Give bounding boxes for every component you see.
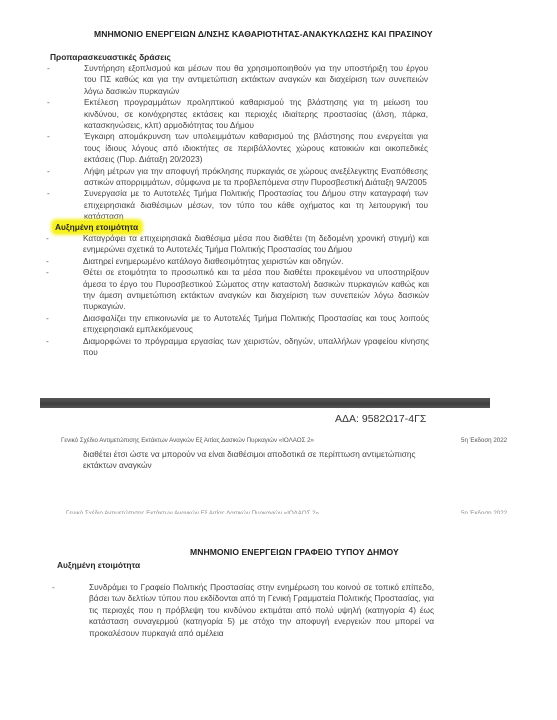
list-item-text: Συνεργασία με το Αυτοτελές Τμήμα Πολιτικ…	[84, 188, 428, 221]
section-heading-increased-readiness: Αυξημένη ετοιμότητα	[53, 222, 141, 232]
dash-bullet-icon: -	[47, 188, 50, 199]
dash-bullet-icon: -	[47, 131, 50, 142]
page-separator-bar	[40, 398, 490, 408]
dash-bullet-icon: -	[47, 166, 50, 177]
list-item-text: Λήψη μέτρων για την αποφυγή πρόκλησης πυ…	[84, 166, 428, 187]
edition-label: 5η Έκδοση 2022	[461, 437, 507, 444]
list-item: - Συνεργασία με το Αυτοτελές Τμήμα Πολιτ…	[84, 188, 428, 222]
continuation-text: διαθέτει έτσι ώστε να μπορούν να είναι δ…	[83, 449, 429, 472]
dash-bullet-icon: -	[46, 336, 49, 347]
dash-bullet-icon: -	[46, 313, 49, 324]
ada-code: ΑΔΑ: 9582Ω17-4ΓΣ	[335, 413, 426, 425]
list-item: -Καταγράφει τα επιχειρησιακά διαθέσιμα μ…	[83, 233, 429, 256]
document-header-line: Γενικό Σχέδιο Αντιμετώπισης Εκτάκτων Ανα…	[61, 437, 521, 444]
plan-title: Γενικό Σχέδιο Αντιμετώπισης Εκτάκτων Ανα…	[61, 437, 314, 444]
dash-bullet-icon: -	[46, 233, 49, 244]
document-footer-line: Γενικό Σχέδιο Αντιμετώπισης Εκτάκτων Ανα…	[66, 510, 526, 517]
page1-title: ΜΝΗΜΟΝΙΟ ΕΝΕΡΓΕΙΩΝ Δ/ΝΣΗΣ ΚΑΘΑΡΙΟΤΗΤΑΣ-Α…	[94, 29, 433, 39]
list-item: - Συνδράμει το Γραφείο Πολιτικής Προστασ…	[89, 582, 434, 639]
list-item-text: Διασφαλίζει την επικοινωνία με το Αυτοτε…	[83, 313, 429, 334]
list-item-text: Διαμορφώνει το πρόγραμμα εργασίας των χε…	[83, 336, 429, 357]
list-item: - Συντήρηση εξοπλισμού και μέσων που θα …	[84, 63, 428, 97]
list-item-text: Διατηρεί ενημερωμένο κατάλογο διαθεσιμότ…	[83, 256, 343, 266]
highlighted-heading: Αυξημένη ετοιμότητα	[53, 221, 141, 233]
section-heading-preparatory: Προπαρασκευαστικές δράσεις	[50, 52, 171, 62]
dash-bullet-icon: -	[47, 97, 50, 108]
list-item-text: Συνδράμει το Γραφείο Πολιτικής Προστασία…	[89, 582, 434, 638]
list-item-text: Καταγράφει τα επιχειρησιακά διαθέσιμα μέ…	[83, 233, 429, 254]
preparatory-actions-list: - Συντήρηση εξοπλισμού και μέσων που θα …	[84, 63, 428, 223]
list-item-text: Εκτέλεση προγραμμάτων προληπτικού καθαρι…	[84, 97, 428, 130]
list-item: -Διασφαλίζει την επικοινωνία με το Αυτοτ…	[83, 313, 429, 336]
dash-bullet-icon: -	[46, 267, 49, 278]
list-item: -Διαμορφώνει το πρόγραμμα εργασίας των χ…	[83, 336, 429, 359]
list-item-text: Έγκαιρη απομάκρυνση των υπολειμμάτων καθ…	[84, 131, 428, 164]
edition-label-footer: 5η Έκδοση 2022	[461, 510, 507, 517]
section-heading-press-office: Αυξημένη ετοιμότητα	[57, 560, 140, 570]
dash-bullet-icon: -	[47, 63, 50, 74]
list-item: - Εκτέλεση προγραμμάτων προληπτικού καθα…	[84, 97, 428, 131]
press-office-list: - Συνδράμει το Γραφείο Πολιτικής Προστασ…	[89, 582, 434, 639]
plan-title-footer: Γενικό Σχέδιο Αντιμετώπισης Εκτάκτων Ανα…	[66, 510, 319, 517]
list-item: -Έγκαιρη απομάκρυνση των υπολειμμάτων κα…	[84, 131, 428, 165]
list-item: -Διατηρεί ενημερωμένο κατάλογο διαθεσιμό…	[83, 256, 429, 267]
page2-title: ΜΝΗΜΟΝΙΟ ΕΝΕΡΓΕΙΩΝ ΓΡΑΦΕΙΟ ΤΥΠΟΥ ΔΗΜΟΥ	[190, 547, 399, 557]
increased-readiness-list: -Καταγράφει τα επιχειρησιακά διαθέσιμα μ…	[83, 233, 429, 358]
dash-bullet-icon: -	[52, 582, 55, 593]
list-item-text: Θέτει σε ετοιμότητα το προσωπικό και τα …	[83, 267, 429, 311]
list-item: - Λήψη μέτρων για την αποφυγή πρόκλησης …	[84, 166, 428, 189]
list-item-text: Συντήρηση εξοπλισμού και μέσων που θα χρ…	[84, 63, 428, 96]
dash-bullet-icon: -	[46, 256, 49, 267]
list-item: -Θέτει σε ετοιμότητα το προσωπικό και τα…	[83, 267, 429, 313]
